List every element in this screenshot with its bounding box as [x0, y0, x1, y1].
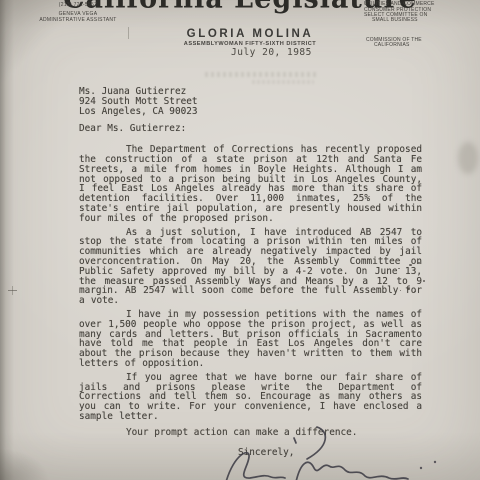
letter-body: Ms. Juana Gutierrez 924 South Mott Stree…: [79, 87, 422, 457]
ink-ghosting: [205, 72, 317, 77]
corner-shadow: [0, 430, 70, 480]
recipient-city: Los Angeles, CA 90023: [79, 107, 422, 117]
scan-edge-shadow: [0, 0, 14, 480]
committee-item: SMALL BUSINESS: [364, 18, 464, 23]
member-name: GLORIA MOLINA: [130, 28, 370, 40]
paragraph-1: The Department of Corrections has recent…: [79, 145, 422, 223]
salutation: Dear Ms. Gutierrez:: [79, 124, 422, 134]
paper-smudge: [458, 142, 478, 174]
ink-ghosting: [252, 80, 314, 84]
recipient-address: Ms. Juana Gutierrez 924 South Mott Stree…: [79, 87, 422, 116]
letter-date: July 20, 1985: [231, 47, 312, 58]
paragraph-4: If you agree that we have borne our fair…: [79, 373, 422, 422]
scanned-letter-page: California Legislature (213) 721-5557 GE…: [0, 0, 480, 480]
paragraph-3: I have in my possession petitions with t…: [79, 310, 422, 369]
staff-role: ADMINISTRATIVE ASSISTANT: [18, 17, 138, 23]
letterhead-staff-block: (213) 721-5557 GENEVA VEGA ADMINISTRATIV…: [18, 2, 138, 23]
committee-list: REVENUE AND TAXATION UTILITIES AND COMME…: [364, 0, 464, 23]
ink-speck: [423, 280, 425, 282]
commission-line: CALIFORNIAS: [366, 43, 466, 48]
staff-phone: (213) 721-5557: [18, 2, 138, 8]
paragraph-2: As a just solution, I have introduced AB…: [79, 228, 422, 306]
commission-block: COMMISSION OF THE CALIFORNIAS: [366, 38, 466, 49]
signature-scrawl: [225, 424, 480, 480]
scratch-mark: [128, 27, 129, 39]
pencil-mark: [8, 286, 17, 295]
